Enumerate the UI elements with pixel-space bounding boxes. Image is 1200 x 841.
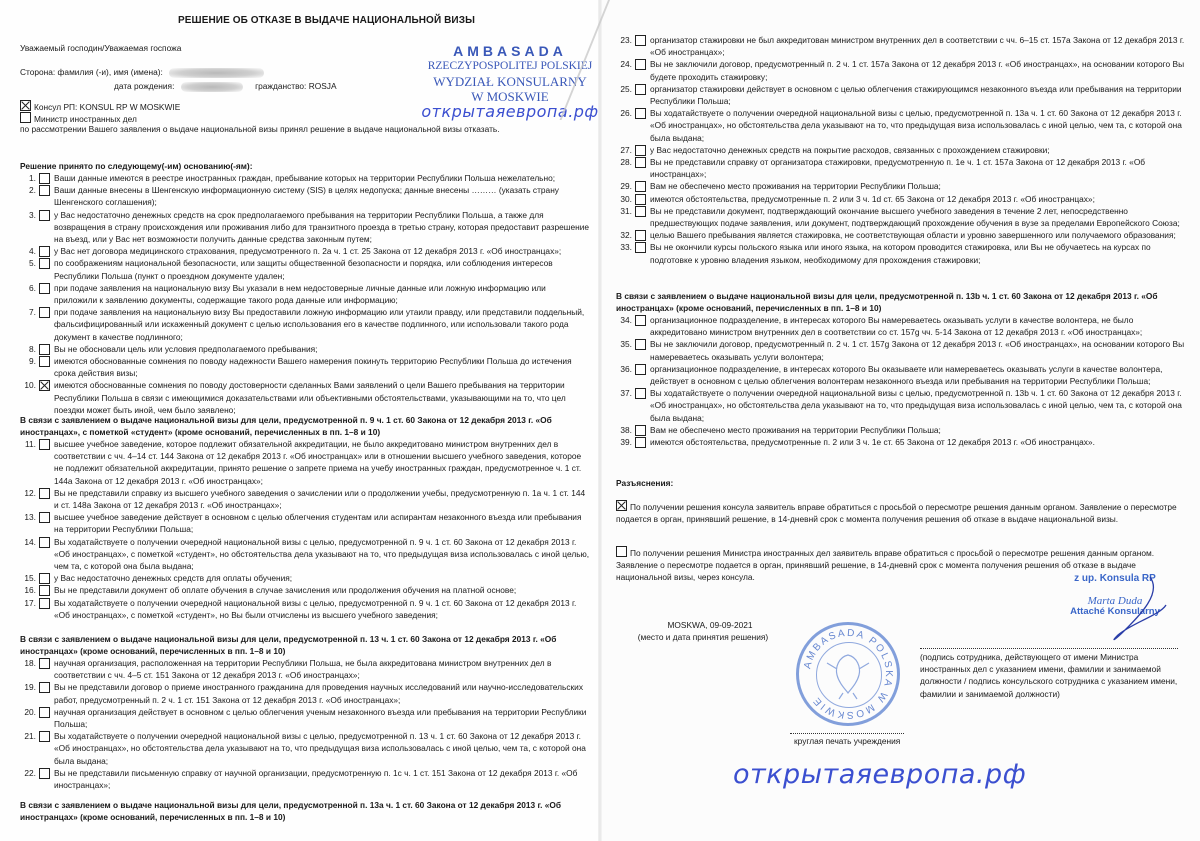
ground-checkbox[interactable] <box>39 344 50 355</box>
ground-checkbox[interactable] <box>635 35 646 46</box>
checkbox-explanation-consul[interactable] <box>616 500 627 511</box>
ground-item: 30.имеются обстоятельства, предусмотренн… <box>614 193 1189 205</box>
ground-item: 13.высшее учебное заведение действует в … <box>18 511 590 535</box>
ground-item: 23.организатор стажировки не был аккреди… <box>614 34 1189 58</box>
document-page-2: 23.организатор стажировки не был аккреди… <box>600 0 1200 841</box>
ground-checkbox[interactable] <box>635 230 646 241</box>
section-student-heading: В связи с заявлением о выдаче национальн… <box>20 414 592 438</box>
ground-checkbox[interactable] <box>39 707 50 718</box>
ground-checkbox[interactable] <box>635 108 646 119</box>
ground-item: 39.имеются обстоятельства, предусмотренн… <box>614 436 1189 448</box>
page-fold <box>598 0 602 841</box>
ground-item: 19.Вы не представили договор о приеме ин… <box>18 681 590 705</box>
ground-item: 36.организационное подразделение, в инте… <box>614 363 1189 387</box>
ground-text: имеются обоснованные сомнения по поводу … <box>54 356 572 378</box>
birth-row: дата рождения: гражданство: ROSJA <box>114 80 337 92</box>
ground-checkbox[interactable] <box>39 731 50 742</box>
watermark-bottom: открытаяевропа.рф <box>733 769 1026 781</box>
ground-text: Вы ходатайствуете о получении очередной … <box>54 537 589 571</box>
ground-checkbox[interactable] <box>635 437 646 448</box>
party-name-label: Сторона: фамилия (-и), имя (имена): <box>20 67 163 77</box>
ground-checkbox[interactable] <box>39 380 50 391</box>
ground-item: 14.Вы ходатайствуете о получении очередн… <box>18 536 590 573</box>
ground-text: Вы ходатайствуете о получении очередной … <box>54 598 576 620</box>
embassy-stamp: AMBASADA RZECZYPOSPOLITEJ POLSKIEJ WYDZI… <box>420 44 600 119</box>
ground-number: 12. <box>18 487 36 499</box>
ground-item: 15.у Вас недостаточно денежных средств д… <box>18 572 590 584</box>
ground-item: 38.Вам не обеспечено место проживания на… <box>614 424 1189 436</box>
redacted-name <box>169 68 264 78</box>
ground-item: 18.научная организация, расположенная на… <box>18 657 590 681</box>
ground-item: 29.Вам не обеспечено место проживания на… <box>614 180 1189 192</box>
ground-checkbox[interactable] <box>635 206 646 217</box>
ground-number: 9. <box>18 355 36 367</box>
ground-checkbox[interactable] <box>635 157 646 168</box>
checkbox-explanation-minister[interactable] <box>616 546 627 557</box>
ground-checkbox[interactable] <box>635 242 646 253</box>
ground-text: имеются обстоятельства, предусмотренные … <box>650 437 1095 447</box>
ground-item: 11.высшее учебное заведение, которое под… <box>18 438 590 487</box>
birth-date-label: дата рождения: <box>114 81 174 91</box>
explanations-heading: Разъяснения: <box>616 477 673 489</box>
checkbox-minister[interactable] <box>20 112 31 123</box>
ground-text: организатор стажировки действует в основ… <box>650 84 1182 106</box>
ground-checkbox[interactable] <box>635 194 646 205</box>
ground-checkbox[interactable] <box>635 59 646 70</box>
checkbox-consul[interactable] <box>20 100 31 111</box>
ground-number: 29. <box>614 180 632 192</box>
ground-checkbox[interactable] <box>39 173 50 184</box>
ground-item: 12.Вы не представили справку из высшего … <box>18 487 590 511</box>
ground-number: 26. <box>614 107 632 119</box>
ground-text: Вы не обосновали цель или условия предпо… <box>54 344 318 354</box>
ground-checkbox[interactable] <box>39 768 50 779</box>
ground-number: 30. <box>614 193 632 205</box>
ground-checkbox[interactable] <box>39 598 50 609</box>
ground-item: 8.Вы не обосновали цель или условия пред… <box>18 343 590 355</box>
place-date: MOSKWA, 09-09-2021 <box>640 619 780 631</box>
ground-number: 21. <box>18 730 36 742</box>
ground-text: Вам не обеспечено место проживания на те… <box>650 181 941 191</box>
seal-caption: круглая печать учреждения <box>794 735 900 747</box>
ground-text: Вы не окончили курсы польского языка или… <box>650 242 1151 264</box>
ground-checkbox[interactable] <box>39 246 50 257</box>
ground-item: 22.Вы не представили письменную справку … <box>18 767 590 791</box>
ground-text: Вы не представили договор о приеме иност… <box>54 682 583 704</box>
ground-number: 32. <box>614 229 632 241</box>
ground-text: высшее учебное заведение, которое подлеж… <box>54 439 581 486</box>
ground-text: Ваши данные внесены в Шенгенскую информа… <box>54 185 559 207</box>
signature-caption: (подпись сотрудника, действующего от име… <box>920 651 1182 700</box>
explanation-consul: По получении решения консула заявитель в… <box>616 500 1186 525</box>
ground-text: при подаче заявления на национальную виз… <box>54 307 584 341</box>
ground-checkbox[interactable] <box>635 181 646 192</box>
ground-number: 24. <box>614 58 632 70</box>
ground-item: 32.целью Вашего пребывания является стаж… <box>614 229 1189 241</box>
ground-checkbox[interactable] <box>39 283 50 294</box>
ground-text: у Вас нет договора медицинского страхова… <box>54 246 561 256</box>
ground-text: высшее учебное заведение действует в осн… <box>54 512 581 534</box>
ground-text: при подаче заявления на национальную виз… <box>54 283 546 305</box>
ground-text: имеются обстоятельства, предусмотренные … <box>650 194 1095 204</box>
ground-text: организационное подразделение, в интерес… <box>650 315 1142 337</box>
ground-number: 38. <box>614 424 632 436</box>
ground-number: 19. <box>18 681 36 693</box>
ground-item: 17.Вы ходатайствуете о получении очередн… <box>18 597 590 621</box>
seal-dotline <box>790 733 904 734</box>
grounds-student-list: 11.высшее учебное заведение, которое под… <box>18 438 590 621</box>
ground-text: Вы не представили письменную справку от … <box>54 768 577 790</box>
ground-item: 2.Ваши данные внесены в Шенгенскую инфор… <box>18 184 590 208</box>
ground-checkbox[interactable] <box>39 307 50 318</box>
ground-text: научная организация, расположенная на те… <box>54 658 551 680</box>
ground-item: 25.организатор стажировки действует в ос… <box>614 83 1189 107</box>
ground-text: у Вас недостаточно денежных средств на с… <box>54 210 589 244</box>
ground-text: у Вас недостаточно денежных средств для … <box>54 573 292 583</box>
ground-text: организационное подразделение, в интерес… <box>650 364 1162 386</box>
ground-text: целью Вашего пребывания является стажиро… <box>650 230 1176 240</box>
ground-text: Вы не представили справку из высшего уче… <box>54 488 585 510</box>
ground-number: 10. <box>18 379 36 391</box>
grounds-volunteer-list: 34.организационное подразделение, в инте… <box>614 314 1189 448</box>
ground-item: 31.Вы не представили документ, подтвержд… <box>614 205 1189 229</box>
ground-item: 1.Ваши данные имеются в реестре иностран… <box>18 172 590 184</box>
ground-item: 33.Вы не окончили курсы польского языка … <box>614 241 1189 265</box>
ground-item: 26.Вы ходатайствуете о получении очередн… <box>614 107 1189 144</box>
ground-number: 14. <box>18 536 36 548</box>
ground-number: 1. <box>18 172 36 184</box>
ground-text: у Вас недостаточно денежных средств на п… <box>650 145 1050 155</box>
ground-text: имеются обоснованные сомнения по поводу … <box>54 380 566 414</box>
section-volunteer-heading: В связи с заявлением о выдаче национальн… <box>616 290 1191 314</box>
ground-item: 27.у Вас недостаточно денежных средств н… <box>614 144 1189 156</box>
ground-item: 9.имеются обоснованные сомнения по повод… <box>18 355 590 379</box>
ground-item: 10.имеются обоснованные сомнения по пово… <box>18 379 590 416</box>
ground-item: 3.у Вас недостаточно денежных средств на… <box>18 209 590 246</box>
ground-item: 35.Вы не заключили договор, предусмотрен… <box>614 338 1189 362</box>
ground-checkbox[interactable] <box>39 488 50 499</box>
ground-number: 17. <box>18 597 36 609</box>
ground-text: Вы не заключили договор, предусмотренный… <box>650 59 1184 81</box>
grounds-internship-list: 23.организатор стажировки не был аккреди… <box>614 34 1189 266</box>
ground-number: 8. <box>18 343 36 355</box>
ground-number: 5. <box>18 257 36 269</box>
ground-checkbox[interactable] <box>39 185 50 196</box>
ground-checkbox[interactable] <box>39 585 50 596</box>
section-internship-heading: В связи с заявлением о выдаче национальн… <box>20 799 592 823</box>
ground-number: 23. <box>614 34 632 46</box>
ground-number: 33. <box>614 241 632 253</box>
ground-text: Вы не представили документ, подтверждающ… <box>650 206 1180 228</box>
ground-text: Вы ходатайствуете о получении очередной … <box>54 731 586 765</box>
section-science-heading: В связи с заявлением о выдаче национальн… <box>20 633 592 657</box>
redacted-birth-date <box>181 82 243 92</box>
document-title: РЕШЕНИЕ ОБ ОТКАЗЕ В ВЫДАЧЕ НАЦИОНАЛЬНОЙ … <box>178 15 475 27</box>
ground-number: 36. <box>614 363 632 375</box>
ground-item: 16.Вы не представили документ об оплате … <box>18 584 590 596</box>
grounds-general-list: 1.Ваши данные имеются в реестре иностран… <box>18 172 590 416</box>
ground-text: Вы не представили документ об оплате обу… <box>54 585 516 595</box>
stamp-line-1: AMBASADA <box>420 44 600 59</box>
decision-text: по рассмотрении Вашего заявления о выдач… <box>20 123 500 135</box>
ground-item: 28.Вы не представили справку от организа… <box>614 156 1189 180</box>
ground-number: 25. <box>614 83 632 95</box>
ground-text: Вы не заключили договор, предусмотренный… <box>650 339 1184 361</box>
explanation-consul-text: По получении решения консула заявитель в… <box>616 502 1177 524</box>
ground-number: 34. <box>614 314 632 326</box>
ground-text: Ваши данные имеются в реестре иностранны… <box>54 173 555 183</box>
ground-checkbox[interactable] <box>39 573 50 584</box>
ground-number: 28. <box>614 156 632 168</box>
grounds-science-list: 18.научная организация, расположенная на… <box>18 657 590 791</box>
ground-number: 11. <box>18 438 36 450</box>
authority-consul-label: Консул РП: KONSUL RP W MOSKWIE <box>34 102 180 112</box>
ground-item: 4.у Вас нет договора медицинского страхо… <box>18 245 590 257</box>
salutation: Уважаемый господин/Уважаемая госпожа <box>20 42 181 54</box>
ground-number: 20. <box>18 706 36 718</box>
ground-number: 7. <box>18 306 36 318</box>
ground-checkbox[interactable] <box>39 512 50 523</box>
ground-number: 2. <box>18 184 36 196</box>
ground-checkbox[interactable] <box>39 210 50 221</box>
ground-text: научная организация действует в основном… <box>54 707 586 729</box>
ground-checkbox[interactable] <box>635 84 646 95</box>
ground-checkbox[interactable] <box>635 364 646 375</box>
ground-number: 3. <box>18 209 36 221</box>
ground-number: 22. <box>18 767 36 779</box>
ground-text: Вы ходатайствуете о получении очередной … <box>650 108 1182 142</box>
ground-text: организатор стажировки не был аккредитов… <box>650 35 1184 57</box>
ground-number: 6. <box>18 282 36 294</box>
handwritten-signature <box>1070 575 1180 645</box>
ground-checkbox[interactable] <box>39 537 50 548</box>
ground-text: по соображениям национальной безопасност… <box>54 258 553 280</box>
ground-item: 20.научная организация действует в основ… <box>18 706 590 730</box>
ground-number: 16. <box>18 584 36 596</box>
ground-number: 13. <box>18 511 36 523</box>
ground-checkbox[interactable] <box>39 658 50 669</box>
ground-checkbox[interactable] <box>39 258 50 269</box>
watermark-top: открытаяевропа.рф <box>420 104 600 119</box>
ground-item: 7.при подаче заявления на национальную в… <box>18 306 590 343</box>
ground-number: 31. <box>614 205 632 217</box>
ground-text: Вам не обеспечено место проживания на те… <box>650 425 941 435</box>
ground-checkbox[interactable] <box>635 339 646 350</box>
ground-checkbox[interactable] <box>39 682 50 693</box>
ground-item: 21.Вы ходатайствуете о получении очередн… <box>18 730 590 767</box>
ground-checkbox[interactable] <box>635 425 646 436</box>
ground-number: 35. <box>614 338 632 350</box>
party-name-row: Сторона: фамилия (-и), имя (имена): <box>20 66 264 78</box>
ground-checkbox[interactable] <box>635 315 646 326</box>
ground-number: 18. <box>18 657 36 669</box>
ground-text: Вы ходатайствуете о получении очередной … <box>650 388 1182 422</box>
ground-checkbox[interactable] <box>635 145 646 156</box>
document-page-1: РЕШЕНИЕ ОБ ОТКАЗЕ В ВЫДАЧЕ НАЦИОНАЛЬНОЙ … <box>0 0 600 841</box>
ground-item: 34.организационное подразделение, в инте… <box>614 314 1189 338</box>
citizenship: гражданство: ROSJA <box>255 81 336 91</box>
ground-number: 37. <box>614 387 632 399</box>
stamp-line-2: RZECZYPOSPOLITEJ POLSKIEJ <box>420 59 600 74</box>
ground-item: 24.Вы не заключили договор, предусмотрен… <box>614 58 1189 82</box>
ground-item: 37.Вы ходатайствуете о получении очередн… <box>614 387 1189 424</box>
ground-number: 39. <box>614 436 632 448</box>
ground-checkbox[interactable] <box>39 439 50 450</box>
ground-number: 4. <box>18 245 36 257</box>
ground-checkbox[interactable] <box>635 388 646 399</box>
round-seal: AMBASADA POLSKA W MOSKWIE <box>796 622 900 726</box>
ground-number: 27. <box>614 144 632 156</box>
signature-dotline <box>920 648 1178 649</box>
place-date-caption: (место и дата принятия решения) <box>618 631 788 643</box>
ground-item: 5.по соображениям национальной безопасно… <box>18 257 590 281</box>
grounds-heading: Решение принято по следующему(-им) основ… <box>20 160 252 172</box>
ground-number: 15. <box>18 572 36 584</box>
ground-item: 6.при подаче заявления на национальную в… <box>18 282 590 306</box>
ground-text: Вы не представили справку от организатор… <box>650 157 1145 179</box>
ground-checkbox[interactable] <box>39 356 50 367</box>
